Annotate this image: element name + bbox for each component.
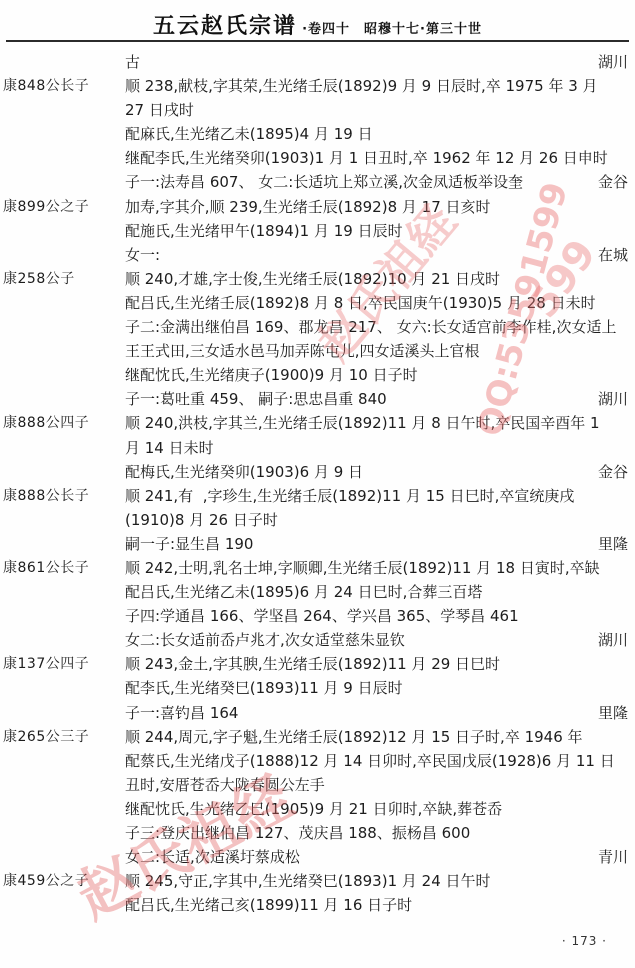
entry-label xyxy=(0,821,125,845)
entry-line: 女二:长女适前岙卢兆才,次女适堂慈朱显钦湖川 xyxy=(0,628,635,652)
entry-label xyxy=(0,339,125,363)
entry-text: 配李氏,生光绪癸巳(1893)11 月 9 日辰时 xyxy=(125,676,635,700)
header-divider xyxy=(6,40,629,42)
entry-text: 顺 241,有 ,字珍生,生光绪壬辰(1892)11 月 15 日巳时,卒宣统庚… xyxy=(125,484,635,508)
entry-text: 配梅氏,生光绪癸卯(1903)6 月 9 日 xyxy=(125,460,598,484)
entry-label xyxy=(0,146,125,170)
entry-label xyxy=(0,508,125,532)
entry-text: 丑时,安厝苍岙大陇春圆公左手 xyxy=(125,773,635,797)
entry-label: 康888公四子 xyxy=(0,411,125,435)
page-subtitle: ·卷四十 昭穆十七·第三十世 xyxy=(302,22,482,37)
entry-label xyxy=(0,315,125,339)
entry-line: (1910)8 月 26 日子时 xyxy=(0,508,635,532)
location-tag: 湖川 xyxy=(598,50,635,74)
entry-text: 女二:长适,次适溪圩蔡成松 xyxy=(125,845,598,869)
entry-line: 康899公之子加寿,字其介,顺 239,生光绪壬辰(1892)8 月 17 日亥… xyxy=(0,195,635,219)
entry-line: 女一:在城 xyxy=(0,243,635,267)
entry-line: 配吕氏,生光绪壬辰(1892)8 月 8 日,卒民国庚午(1930)5 月 28… xyxy=(0,291,635,315)
entry-text: 加寿,字其介,顺 239,生光绪壬辰(1892)8 月 17 日亥时 xyxy=(125,195,635,219)
entry-text: 27 日戌时 xyxy=(125,98,635,122)
entry-line: 配吕氏,生光绪乙未(1895)6 月 24 日巳时,合葬三百塔 xyxy=(0,580,635,604)
entry-text: 顺 243,金土,字其腴,生光绪壬辰(1892)11 月 29 日巳时 xyxy=(125,652,635,676)
location-tag: 金谷 xyxy=(598,170,635,194)
entry-text: 顺 242,士明,乳名士坤,字顺卿,生光绪壬辰(1892)11 月 18 日寅时… xyxy=(125,556,635,580)
entry-text: 子一:法寿昌 607、 女二:长适坑上郑立溪,次金凤适板举设奎 xyxy=(125,170,598,194)
entry-label xyxy=(0,580,125,604)
entry-label: 康848公长子 xyxy=(0,74,125,98)
entry-label xyxy=(0,797,125,821)
genealogy-page: 五云赵氏宗谱·卷四十 昭穆十七·第三十世 古湖川康848公长子顺 238,献枝,… xyxy=(0,0,635,968)
location-tag: 青川 xyxy=(598,845,635,869)
entry-label xyxy=(0,243,125,267)
entry-text: 顺 244,周元,字子魁,生光绪壬辰(1892)12 月 15 日子时,卒 19… xyxy=(125,725,635,749)
entries-list: 古湖川康848公长子顺 238,献枝,字其荣,生光绪壬辰(1892)9 月 9 … xyxy=(0,50,635,917)
entry-line: 王王式田,三女适水邑马加弄陈屯儿,四女适溪头上官根 xyxy=(0,339,635,363)
entry-label xyxy=(0,773,125,797)
entry-line: 子一:葛吐重 459、 嗣子:思忠昌重 840湖川 xyxy=(0,387,635,411)
location-tag: 里隆 xyxy=(598,532,635,556)
entry-text: 嗣一子:显生昌 190 xyxy=(125,532,598,556)
entry-label xyxy=(0,363,125,387)
entry-line: 康888公四子顺 240,洪枝,字其兰,生光绪壬辰(1892)11 月 8 日午… xyxy=(0,411,635,435)
entry-text: 女二:长女适前岙卢兆才,次女适堂慈朱显钦 xyxy=(125,628,598,652)
entry-text: 古 xyxy=(125,50,598,74)
entry-text: 顺 240,洪枝,字其兰,生光绪壬辰(1892)11 月 8 日午时,卒民国辛酉… xyxy=(125,411,635,435)
entry-line: 古湖川 xyxy=(0,50,635,74)
location-tag: 里隆 xyxy=(598,701,635,725)
entry-text: 子三:登庆出继伯昌 127、茂庆昌 188、振杨昌 600 xyxy=(125,821,635,845)
entry-text: 配吕氏,生光绪己亥(1899)11 月 16 日子时 xyxy=(125,893,635,917)
entry-line: 继配忱氏,生光绪庚子(1900)9 月 10 日子时 xyxy=(0,363,635,387)
entry-label xyxy=(0,701,125,725)
entry-text: 子一:喜钓昌 164 xyxy=(125,701,598,725)
entry-text: 配吕氏,生光绪壬辰(1892)8 月 8 日,卒民国庚午(1930)5 月 28… xyxy=(125,291,635,315)
entry-line: 子一:法寿昌 607、 女二:长适坑上郑立溪,次金凤适板举设奎金谷 xyxy=(0,170,635,194)
entry-label xyxy=(0,749,125,773)
page-title: 五云赵氏宗谱 xyxy=(153,14,297,39)
page-header: 五云赵氏宗谱·卷四十 昭穆十七·第三十世 xyxy=(0,9,635,40)
entry-text: 顺 245,守正,字其中,生光绪癸巳(1893)1 月 24 日午时 xyxy=(125,869,635,893)
entry-line: 继配忱氏,生光绪乙巳(1905)9 月 21 日卯时,卒缺,葬苍岙 xyxy=(0,797,635,821)
entry-text: 配蔡氏,生光绪戊子(1888)12 月 14 日卯时,卒民国戊辰(1928)6 … xyxy=(125,749,635,773)
entry-text: 顺 238,献枝,字其荣,生光绪壬辰(1892)9 月 9 日辰时,卒 1975… xyxy=(125,74,635,98)
entry-label xyxy=(0,98,125,122)
entry-line: 女二:长适,次适溪圩蔡成松青川 xyxy=(0,845,635,869)
entry-label xyxy=(0,628,125,652)
entry-label xyxy=(0,676,125,700)
entry-line: 配梅氏,生光绪癸卯(1903)6 月 9 日金谷 xyxy=(0,460,635,484)
entry-label xyxy=(0,387,125,411)
entry-line: 子一:喜钓昌 164里隆 xyxy=(0,701,635,725)
entry-label: 康459公之子 xyxy=(0,869,125,893)
entry-line: 子三:登庆出继伯昌 127、茂庆昌 188、振杨昌 600 xyxy=(0,821,635,845)
entry-text: (1910)8 月 26 日子时 xyxy=(125,508,635,532)
entry-text: 配麻氏,生光绪乙未(1895)4 月 19 日 xyxy=(125,122,635,146)
entry-text: 继配忱氏,生光绪乙巳(1905)9 月 21 日卯时,卒缺,葬苍岙 xyxy=(125,797,635,821)
page-number: · 173 · xyxy=(562,934,607,948)
entry-label xyxy=(0,893,125,917)
entry-line: 继配李氏,生光绪癸卯(1903)1 月 1 日丑时,卒 1962 年 12 月 … xyxy=(0,146,635,170)
entry-text: 子四:学通昌 166、学坚昌 264、学兴昌 365、学琴昌 461 xyxy=(125,604,635,628)
entry-text: 子一:葛吐重 459、 嗣子:思忠昌重 840 xyxy=(125,387,598,411)
entry-label xyxy=(0,532,125,556)
entry-label xyxy=(0,291,125,315)
entry-line: 配麻氏,生光绪乙未(1895)4 月 19 日 xyxy=(0,122,635,146)
entry-label: 康861公长子 xyxy=(0,556,125,580)
entry-label xyxy=(0,219,125,243)
entry-label: 康899公之子 xyxy=(0,195,125,219)
location-tag: 湖川 xyxy=(598,387,635,411)
entry-label xyxy=(0,460,125,484)
entry-line: 子四:学通昌 166、学坚昌 264、学兴昌 365、学琴昌 461 xyxy=(0,604,635,628)
location-tag: 在城 xyxy=(598,243,635,267)
entry-text: 配施氏,生光绪甲午(1894)1 月 19 日辰时 xyxy=(125,219,635,243)
entry-text: 顺 240,才雄,字士俊,生光绪壬辰(1892)10 月 21 日戌时 xyxy=(125,267,635,291)
entry-line: 配吕氏,生光绪己亥(1899)11 月 16 日子时 xyxy=(0,893,635,917)
entry-text: 子二:金满出继伯昌 169、郡龙昌 217、 女六:长女适宫前李作桂,次女适上 xyxy=(125,315,635,339)
entry-label: 康137公四子 xyxy=(0,652,125,676)
entry-label xyxy=(0,50,125,74)
entry-label: 康265公三子 xyxy=(0,725,125,749)
entry-label: 康888公长子 xyxy=(0,484,125,508)
entry-label: 康258公子 xyxy=(0,267,125,291)
entry-text: 继配忱氏,生光绪庚子(1900)9 月 10 日子时 xyxy=(125,363,635,387)
entry-line: 康459公之子顺 245,守正,字其中,生光绪癸巳(1893)1 月 24 日午… xyxy=(0,869,635,893)
entry-label xyxy=(0,122,125,146)
entry-text: 女一: xyxy=(125,243,598,267)
entry-label xyxy=(0,845,125,869)
location-tag: 湖川 xyxy=(598,628,635,652)
entry-line: 康888公长子顺 241,有 ,字珍生,生光绪壬辰(1892)11 月 15 日… xyxy=(0,484,635,508)
entry-text: 配吕氏,生光绪乙未(1895)6 月 24 日巳时,合葬三百塔 xyxy=(125,580,635,604)
entry-line: 康848公长子顺 238,献枝,字其荣,生光绪壬辰(1892)9 月 9 日辰时… xyxy=(0,74,635,98)
entry-line: 丑时,安厝苍岙大陇春圆公左手 xyxy=(0,773,635,797)
entry-text: 王王式田,三女适水邑马加弄陈屯儿,四女适溪头上官根 xyxy=(125,339,635,363)
entry-text: 月 14 日未时 xyxy=(125,436,635,460)
entry-label xyxy=(0,170,125,194)
entry-line: 配蔡氏,生光绪戊子(1888)12 月 14 日卯时,卒民国戊辰(1928)6 … xyxy=(0,749,635,773)
entry-text: 继配李氏,生光绪癸卯(1903)1 月 1 日丑时,卒 1962 年 12 月 … xyxy=(125,146,635,170)
entry-line: 月 14 日未时 xyxy=(0,436,635,460)
location-tag: 金谷 xyxy=(598,460,635,484)
entry-line: 嗣一子:显生昌 190里隆 xyxy=(0,532,635,556)
entry-line: 配李氏,生光绪癸巳(1893)11 月 9 日辰时 xyxy=(0,676,635,700)
entry-line: 康137公四子顺 243,金土,字其腴,生光绪壬辰(1892)11 月 29 日… xyxy=(0,652,635,676)
entry-line: 配施氏,生光绪甲午(1894)1 月 19 日辰时 xyxy=(0,219,635,243)
entry-line: 27 日戌时 xyxy=(0,98,635,122)
entry-line: 康265公三子顺 244,周元,字子魁,生光绪壬辰(1892)12 月 15 日… xyxy=(0,725,635,749)
entry-label xyxy=(0,436,125,460)
entry-label xyxy=(0,604,125,628)
entry-line: 康861公长子顺 242,士明,乳名士坤,字顺卿,生光绪壬辰(1892)11 月… xyxy=(0,556,635,580)
entry-line: 康258公子顺 240,才雄,字士俊,生光绪壬辰(1892)10 月 21 日戌… xyxy=(0,267,635,291)
entry-line: 子二:金满出继伯昌 169、郡龙昌 217、 女六:长女适宫前李作桂,次女适上 xyxy=(0,315,635,339)
